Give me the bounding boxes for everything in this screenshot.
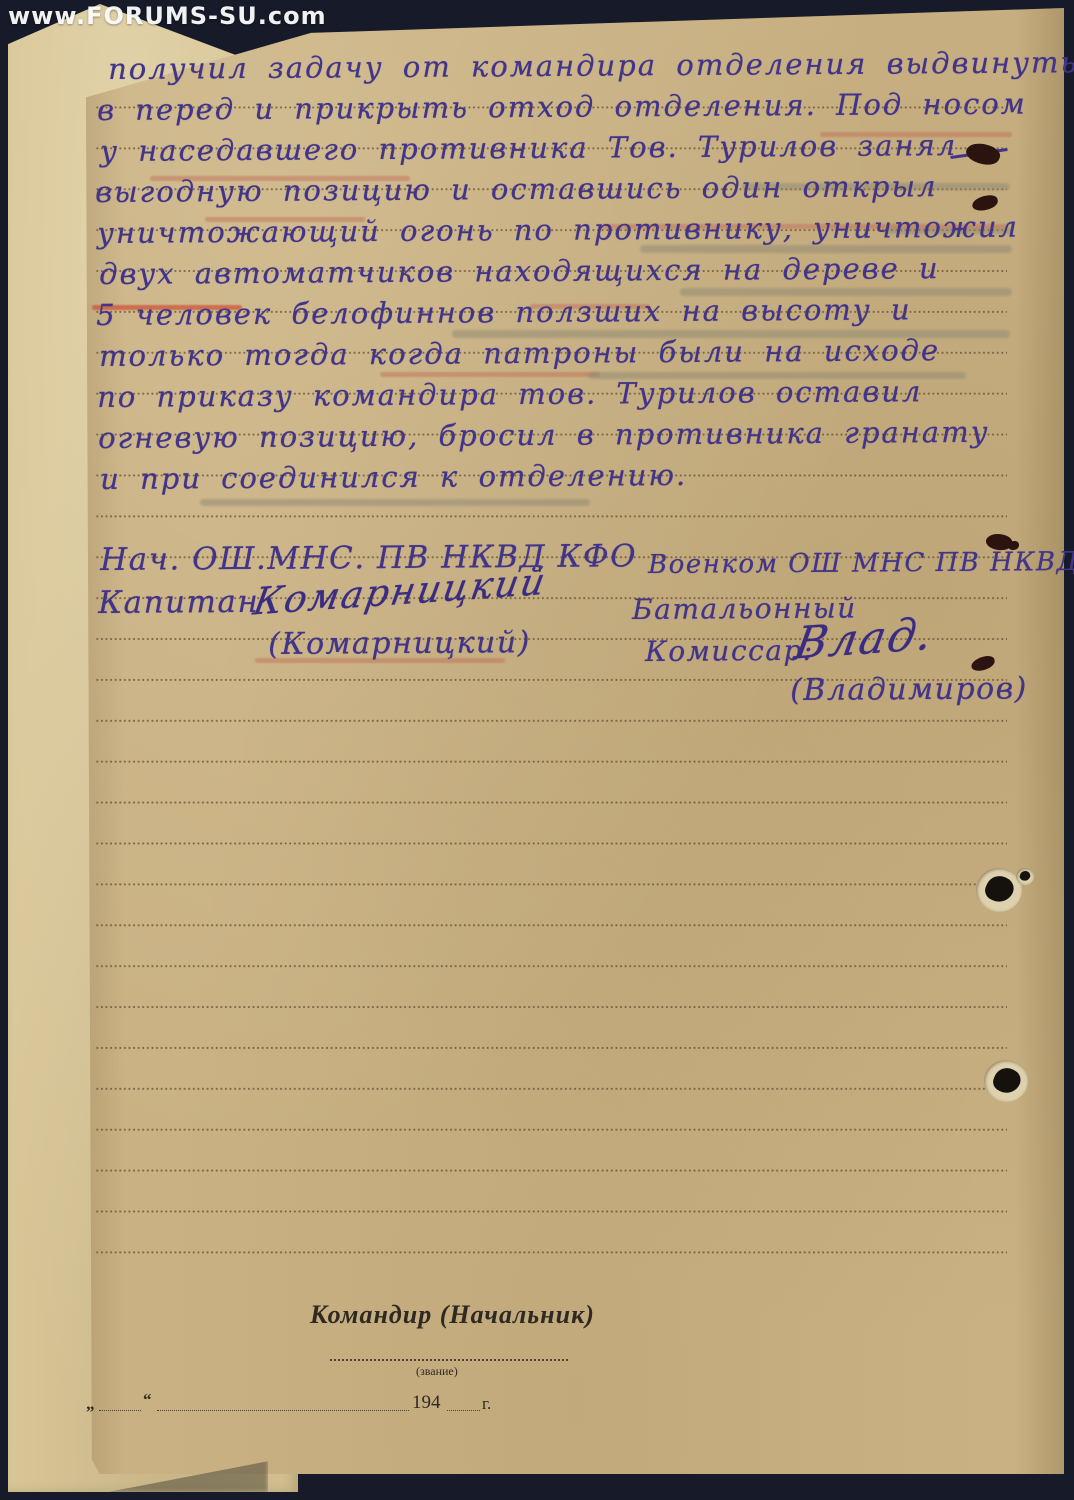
handwriting-line: только тогда когда патроны были на исход… (99, 333, 940, 373)
handwriting-line: по приказу командира тов. Турилов остави… (97, 374, 923, 414)
paper-hole (984, 1060, 1028, 1102)
printed-year-prefix: 194 (412, 1392, 441, 1414)
scanned-document-page: www.FORUMS-SU.com получил задачу от кома… (0, 0, 1074, 1500)
signature-right-rank3: Комиссар: (645, 634, 814, 668)
handwriting-line: получил задачу от командира отделения вы… (108, 45, 1074, 86)
handwriting-line: у наседавшего противника Тов. Турилов за… (100, 128, 957, 168)
handwriting-line: уничтожающий огонь по противнику, уничто… (97, 210, 1019, 250)
printed-commander-title: Командир (Начальник) (310, 1300, 595, 1330)
printed-rank-caption: (звание) (416, 1364, 458, 1379)
handwriting-line: огневую позицию, бросил в противника гра… (98, 415, 990, 455)
handwriting-line: двух автоматчиков находящихся на дереве … (99, 251, 940, 291)
date-fill-line (99, 1396, 141, 1411)
date-fill-line (157, 1396, 409, 1411)
handwriting-line: 5 человек белофиннов ползших на высоту и (96, 292, 912, 332)
paper-hole (1016, 868, 1034, 885)
paper-hole-dark (982, 872, 1017, 907)
date-fill-line (447, 1396, 480, 1411)
handwriting-line: выгодную позицию и оставшись один открыл (95, 169, 938, 209)
pencil-smudge (200, 499, 590, 506)
signature-right-name: (Владимиров) (790, 671, 1028, 708)
handwriting-line: и при соединился к отделению. (100, 458, 687, 496)
paper-hole-dark (990, 1063, 1024, 1097)
signature-right-autograph: Влад. (791, 608, 938, 669)
signature-right-rank-line: Военком ОШ МНС ПВ НКВД КФО (648, 546, 1074, 580)
signature-left-rank: Капитан (98, 584, 259, 621)
rank-fill-line (330, 1344, 568, 1361)
watermark: www.FORUMS-SU.com (8, 2, 327, 30)
paper-hole-dark (1018, 869, 1032, 883)
handwriting-line: в перед и прикрыть отход отделения. Под … (97, 87, 1027, 127)
signature-left-name: (Комарницкий) (268, 625, 531, 662)
printed-year-suffix: г. (482, 1394, 491, 1414)
date-close-quote: “ (143, 1390, 152, 1410)
date-open-quote: „ (86, 1394, 95, 1414)
